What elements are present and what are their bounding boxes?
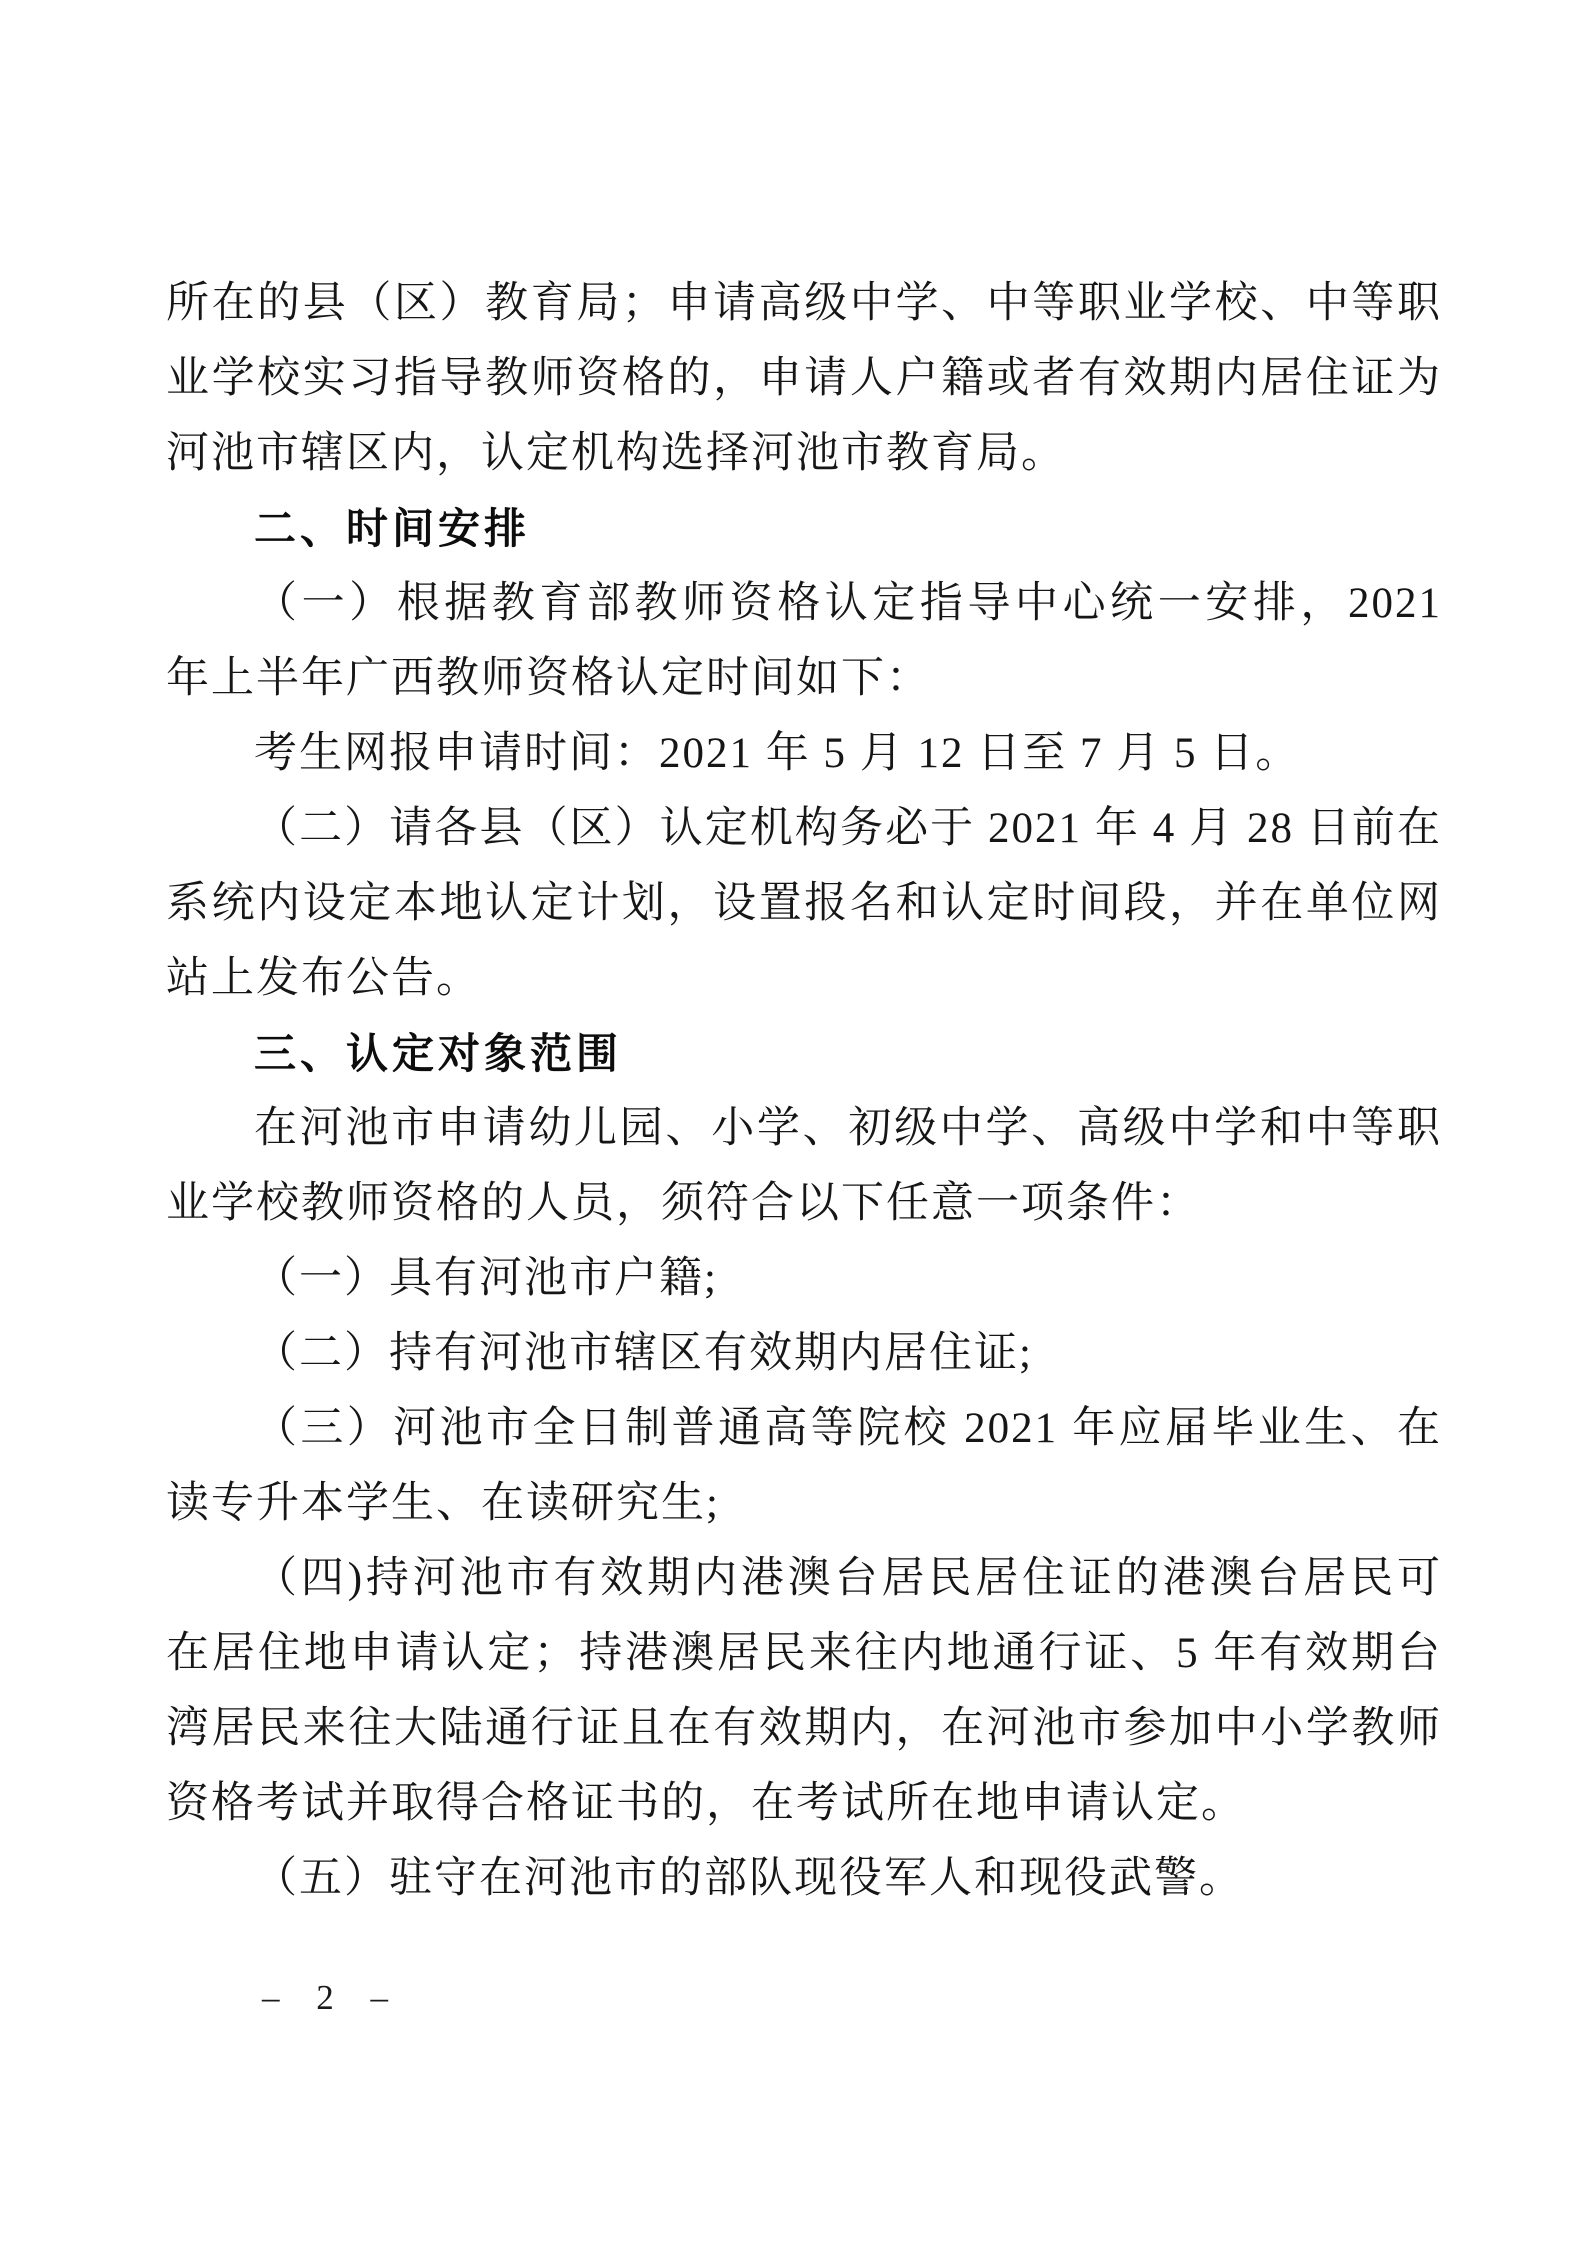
document-lines: 所在的县（区）教育局；申请高级中学、中等职业学校、中等职业学校实习指导教师资格的… (166, 266, 1442, 1916)
document-page: 所在的县（区）教育局；申请高级中学、中等职业学校、中等职业学校实习指导教师资格的… (0, 0, 1587, 2244)
text-line: 业学校实习指导教师资格的，申请人户籍或者有效期内居住证为 (166, 341, 1442, 416)
text-line: （二）持有河池市辖区有效期内居住证; (166, 1316, 1442, 1391)
text-line: 河池市辖区内，认定机构选择河池市教育局。 (166, 416, 1442, 491)
text-line: （四)持河池市有效期内港澳台居民居住证的港澳台居民可 (166, 1541, 1442, 1616)
page-number: – 2 – (262, 1978, 402, 2018)
text-line: 资格考试并取得合格证书的，在考试所在地申请认定。 (166, 1766, 1442, 1841)
text-line: （二）请各县（区）认定机构务必于 2021 年 4 月 28 日前在 (166, 791, 1442, 866)
text-line: 站上发布公告。 (166, 941, 1442, 1016)
text-line: 系统内设定本地认定计划，设置报名和认定时间段，并在单位网 (166, 866, 1442, 941)
text-line: 在居住地申请认定；持港澳居民来往内地通行证、5 年有效期台 (166, 1616, 1442, 1691)
text-line: 湾居民来往大陆通行证且在有效期内，在河池市参加中小学教师 (166, 1691, 1442, 1766)
text-line: （一）具有河池市户籍; (166, 1241, 1442, 1316)
text-line: 考生网报申请时间：2021 年 5 月 12 日至 7 月 5 日。 (166, 716, 1442, 791)
text-line: 业学校教师资格的人员，须符合以下任意一项条件： (166, 1166, 1442, 1241)
text-line: 所在的县（区）教育局；申请高级中学、中等职业学校、中等职 (166, 266, 1442, 341)
text-line: 在河池市申请幼儿园、小学、初级中学、高级中学和中等职 (166, 1091, 1442, 1166)
text-line: 读专升本学生、在读研究生; (166, 1466, 1442, 1541)
section-heading: 二、时间安排 (166, 491, 1442, 566)
text-line: （三）河池市全日制普通高等院校 2021 年应届毕业生、在 (166, 1391, 1442, 1466)
text-line: 年上半年广西教师资格认定时间如下： (166, 641, 1442, 716)
text-line: （一）根据教育部教师资格认定指导中心统一安排，2021 (166, 566, 1442, 641)
text-line: （五）驻守在河池市的部队现役军人和现役武警。 (166, 1841, 1442, 1916)
section-heading: 三、认定对象范围 (166, 1016, 1442, 1091)
